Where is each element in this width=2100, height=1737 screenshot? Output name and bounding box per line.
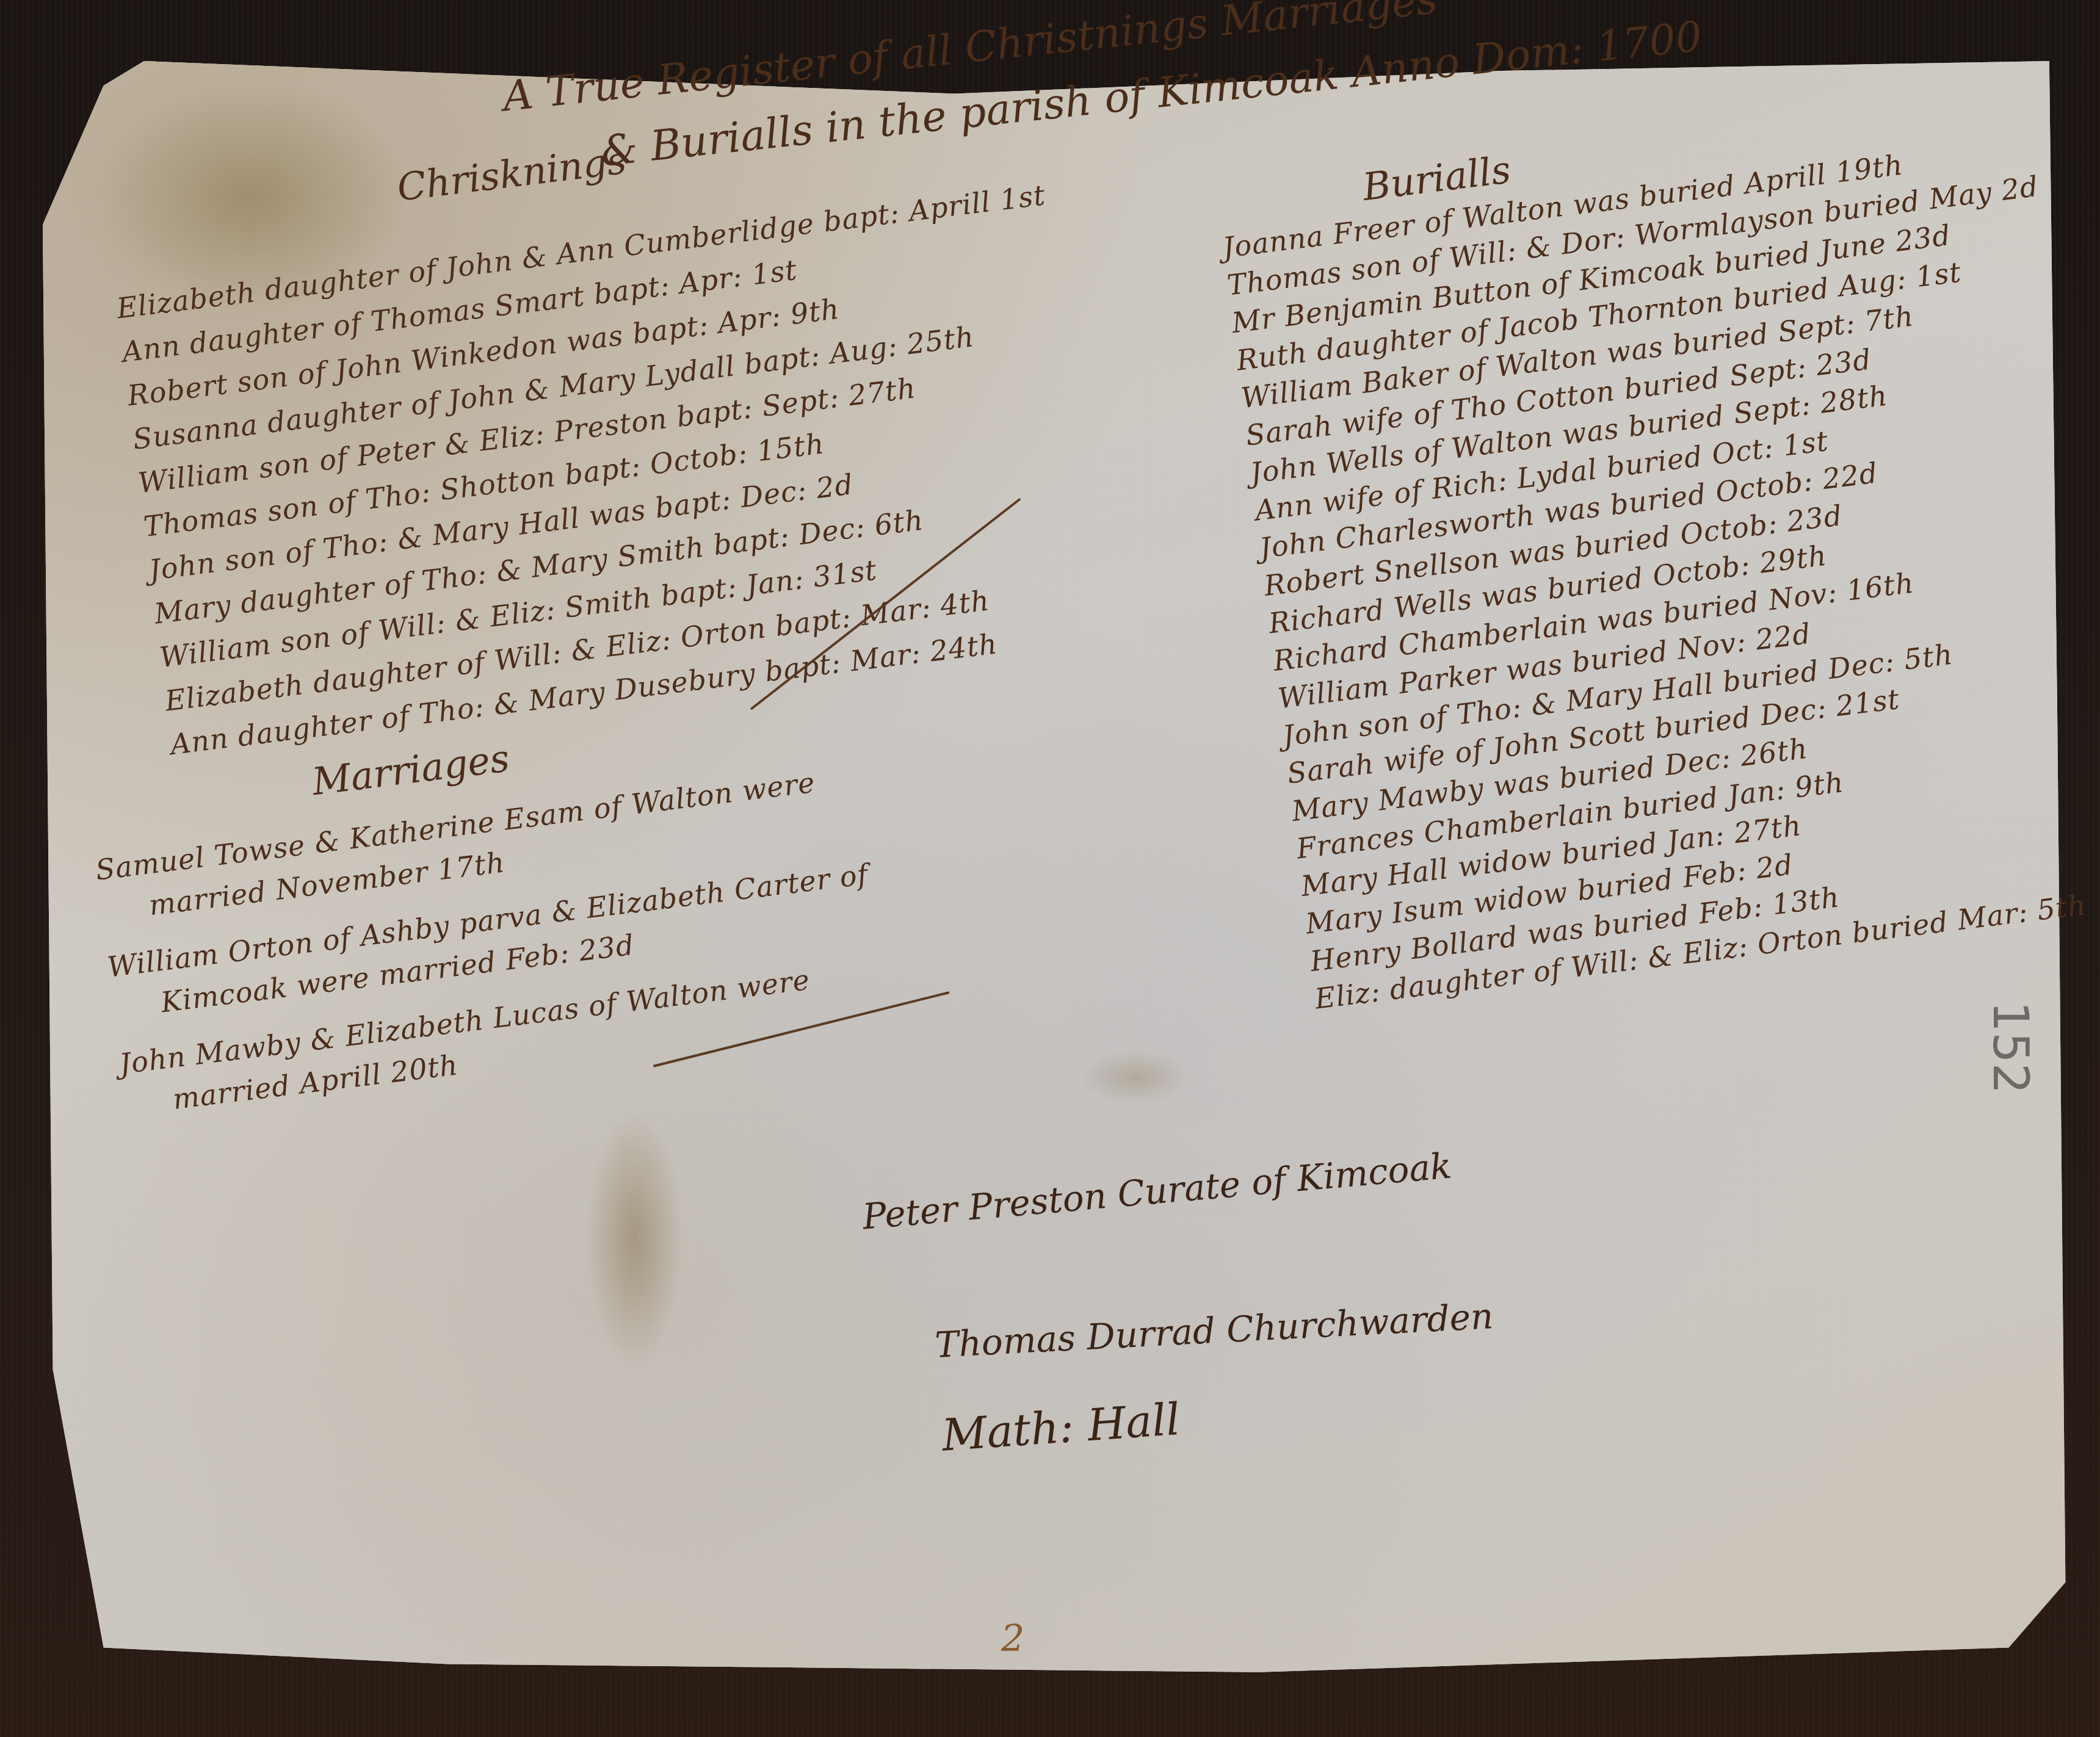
folio-number: 152 (1982, 1001, 2039, 1094)
bottom-mark: 2 (1001, 1617, 1024, 1660)
stain-center (1081, 1050, 1190, 1105)
stain-left-middle (586, 1111, 684, 1367)
